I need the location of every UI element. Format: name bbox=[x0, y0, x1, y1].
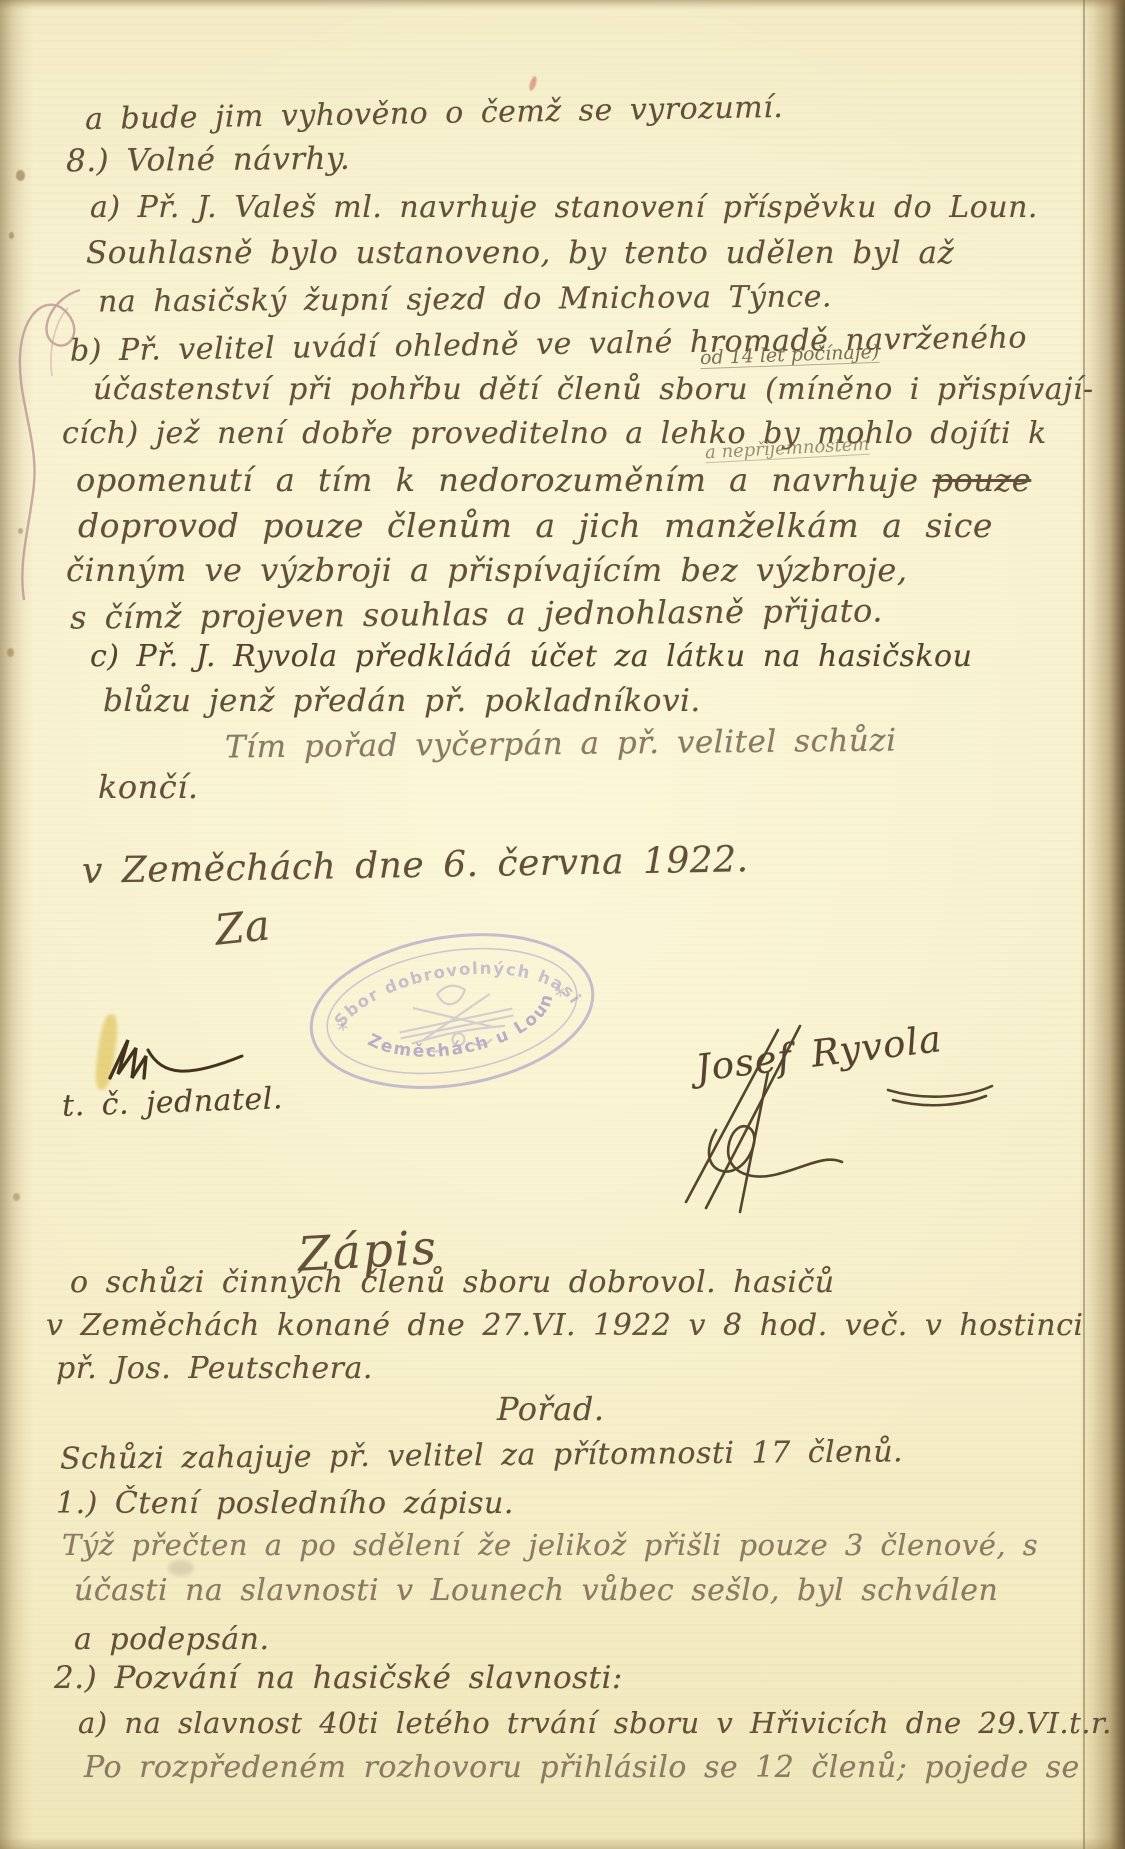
handwritten-line: a bude jim vyhověno o čemž se vyrozumí. bbox=[85, 90, 784, 137]
handwritten-line: 1.) Čtení posledního zápisu. bbox=[56, 1486, 514, 1521]
fire-brigade-stamp: Sbor dobrovolných hasičů Zeměchách u Lou… bbox=[290, 900, 614, 1123]
handwritten-line: účasti na slavnosti v Lounech vůbec sešl… bbox=[74, 1573, 998, 1608]
edge-speck bbox=[13, 1193, 20, 1201]
dateline: v Zeměchách dne 6. června 1922. bbox=[82, 839, 749, 892]
edge-speck bbox=[18, 528, 23, 534]
secretary-role-label: t. č. jednatel. bbox=[61, 1081, 283, 1124]
agenda-heading: Pořad. bbox=[497, 1390, 605, 1428]
line-text: opomenutí a tím k nedorozuměním a navrhu… bbox=[76, 461, 919, 499]
manuscript-page: a bude jim vyhověno o čemž se vyrozumí. … bbox=[0, 0, 1125, 1849]
handwritten-line: Týž přečten a po sdělení že jelikož přiš… bbox=[62, 1528, 1038, 1562]
handwritten-line: končí. bbox=[98, 768, 199, 806]
handwritten-line: opomenutí a tím k nedorozuměním a navrhu… bbox=[76, 461, 1031, 499]
handwritten-line: a) Př. J. Valeš ml. navrhuje stanovení p… bbox=[90, 190, 1038, 225]
handwritten-line: 8.) Volné návrhy. bbox=[66, 141, 351, 179]
stamp-bottom-text: Zeměchách u Loun. bbox=[283, 892, 565, 1084]
handwritten-line: a podepsán. bbox=[74, 1622, 270, 1657]
handwritten-line: c) Př. J. Ryvola předkládá účet za látku… bbox=[90, 639, 972, 674]
edge-speck bbox=[7, 648, 14, 657]
handwritten-line: blůzu jenž předán př. pokladníkovi. bbox=[103, 683, 701, 719]
right-fold-line bbox=[1083, 0, 1085, 1849]
right-page-edge bbox=[1079, 0, 1125, 1849]
edge-speck bbox=[16, 170, 25, 181]
handwritten-line: účastenství při pohřbu dětí členů sboru … bbox=[93, 372, 1094, 407]
yellow-stain bbox=[93, 1013, 120, 1091]
handwritten-line: Schůzi zahajuje př. velitel za přítomnos… bbox=[60, 1434, 903, 1476]
bottom-page-edge bbox=[0, 1837, 1125, 1849]
handwritten-line: př. Jos. Peutschera. bbox=[56, 1351, 373, 1386]
handwritten-line: doprovod pouze členům a jich manželkám a… bbox=[78, 506, 993, 545]
handwritten-line: Po rozpředeném rozhovoru přihlásilo se 1… bbox=[84, 1750, 1080, 1785]
svg-text:Zeměchách u Loun.: Zeměchách u Loun. bbox=[283, 892, 565, 1084]
handwritten-line: a) na slavnost 40ti letého trvání sboru … bbox=[78, 1706, 1112, 1740]
commander-signature-name: Josef Ryvola bbox=[693, 1017, 944, 1090]
handwritten-line: b) Př. velitel uvádí ohledně ve valné hr… bbox=[70, 320, 1027, 368]
handwritten-line: v Zeměchách konané dne 27.VI. 1922 v 8 h… bbox=[46, 1308, 1083, 1343]
handwritten-line: 2.) Pozvání na hasičské slavnosti: bbox=[54, 1660, 623, 1696]
handwritten-line: s čímž projeven souhlas a jednohlasně př… bbox=[70, 591, 883, 636]
top-page-edge bbox=[0, 0, 1125, 9]
handwritten-line: Souhlasně bylo ustanoveno, by tento uděl… bbox=[86, 235, 954, 271]
handwritten-line: cích) jež není dobře proveditelno a lehk… bbox=[62, 416, 1047, 451]
handwritten-line: činným ve výzbroji a přispívajícím bez v… bbox=[66, 551, 907, 589]
left-page-edge bbox=[0, 0, 34, 1849]
handwritten-line: Tím pořad vyčerpán a př. velitel schůzi bbox=[225, 722, 897, 765]
edge-speck bbox=[9, 232, 14, 239]
handwritten-line: na hasičský župní sjezd do Mnichova Týnc… bbox=[98, 279, 832, 319]
red-mark bbox=[528, 75, 538, 91]
struck-word: pouze bbox=[933, 461, 1032, 499]
za-label: Za bbox=[213, 900, 273, 955]
handwritten-line: o schůzi činných členů sboru dobrovol. h… bbox=[70, 1265, 835, 1300]
